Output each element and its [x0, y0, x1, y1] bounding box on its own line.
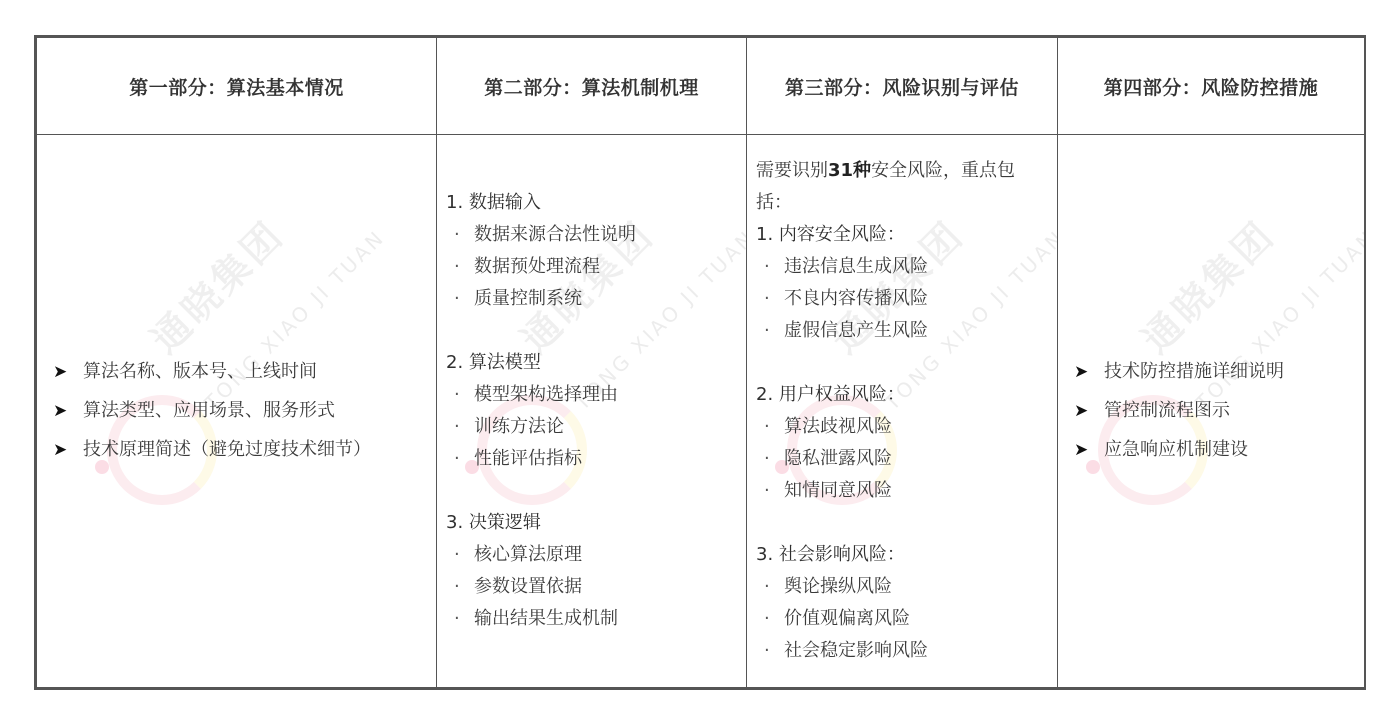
list-item: ·不良内容传播风险 [756, 283, 1057, 315]
risk-sections: 需要识别31种安全风险，重点包括： 1. 内容安全风险： ·违法信息生成风险 ·… [747, 155, 1057, 667]
dot-bullet-icon: · [454, 411, 474, 443]
header-part-4: 第四部分：风险防控措施 [1058, 38, 1365, 135]
list-item: ·核心算法原理 [446, 539, 746, 571]
dot-bullet-icon: · [764, 571, 784, 603]
section-title-algorithm-model: 2. 算法模型 [446, 347, 746, 379]
header-part-1: 第一部分：算法基本情况 [37, 38, 437, 135]
section-title-user-rights-risk: 2. 用户权益风险： [756, 379, 1057, 411]
dot-bullet-icon: · [764, 283, 784, 315]
cell-basic-info: 通晓集团 TONG XIAO JI TUAN ➤ 算法名称、版本号、上线时间 ➤… [37, 135, 437, 688]
list-item: ·模型架构选择理由 [446, 379, 746, 411]
list-item: ·算法歧视风险 [756, 411, 1057, 443]
list-item: ·输出结果生成机制 [446, 603, 746, 635]
content-row: 通晓集团 TONG XIAO JI TUAN ➤ 算法名称、版本号、上线时间 ➤… [37, 135, 1365, 688]
document-table-container: 第一部分：算法基本情况 第二部分：算法机制机理 第三部分：风险识别与评估 第四部… [34, 35, 1366, 690]
list-item: ➤ 管控制流程图示 [1074, 392, 1364, 431]
list-item: ·隐私泄露风险 [756, 443, 1057, 475]
arrow-bullet-icon: ➤ [1074, 434, 1104, 466]
list-item-text: 技术原理简述（避免过度技术细节） [83, 434, 371, 466]
dot-bullet-icon: · [454, 443, 474, 475]
list-item: ·违法信息生成风险 [756, 251, 1057, 283]
list-item-text: 技术防控措施详细说明 [1104, 356, 1284, 388]
list-item-text: 应急响应机制建设 [1104, 434, 1248, 466]
dot-bullet-icon: · [454, 219, 474, 251]
cell-risk-control: 通晓集团 TONG XIAO JI TUAN ➤ 技术防控措施详细说明 ➤ 管控… [1058, 135, 1365, 688]
basic-info-list: ➤ 算法名称、版本号、上线时间 ➤ 算法类型、应用场景、服务形式 ➤ 技术原理简… [37, 353, 436, 470]
dot-bullet-icon: · [764, 411, 784, 443]
algorithm-filing-table: 第一部分：算法基本情况 第二部分：算法机制机理 第三部分：风险识别与评估 第四部… [36, 37, 1365, 688]
dot-bullet-icon: · [764, 443, 784, 475]
dot-bullet-icon: · [454, 379, 474, 411]
arrow-bullet-icon: ➤ [53, 434, 83, 466]
watermark-text: 通晓集团 [147, 216, 288, 357]
list-item: ·质量控制系统 [446, 283, 746, 315]
section-title-decision-logic: 3. 决策逻辑 [446, 507, 746, 539]
arrow-bullet-icon: ➤ [1074, 395, 1104, 427]
mechanism-sections: 1. 数据输入 ·数据来源合法性说明 ·数据预处理流程 ·质量控制系统 2. 算… [437, 187, 746, 635]
cell-mechanism: 通晓集团 TONG XIAO JI TUAN 1. 数据输入 ·数据来源合法性说… [437, 135, 747, 688]
dot-bullet-icon: · [764, 603, 784, 635]
list-item-text: 算法名称、版本号、上线时间 [83, 356, 317, 388]
dot-bullet-icon: · [454, 283, 474, 315]
list-item: ·数据来源合法性说明 [446, 219, 746, 251]
list-item: ➤ 算法名称、版本号、上线时间 [53, 353, 436, 392]
list-item: ➤ 技术防控措施详细说明 [1074, 353, 1364, 392]
risk-intro-text: 需要识别31种安全风险，重点包括： [756, 155, 1057, 219]
list-item: ·训练方法论 [446, 411, 746, 443]
list-item: ·参数设置依据 [446, 571, 746, 603]
section-title-content-risk: 1. 内容安全风险： [756, 219, 1057, 251]
section-title-social-impact-risk: 3. 社会影响风险： [756, 539, 1057, 571]
arrow-bullet-icon: ➤ [1074, 356, 1104, 388]
list-item: ·社会稳定影响风险 [756, 635, 1057, 667]
watermark-text: 通晓集团 [1138, 216, 1279, 357]
dot-bullet-icon: · [764, 315, 784, 347]
list-item-text: 管控制流程图示 [1104, 395, 1230, 427]
dot-bullet-icon: · [764, 635, 784, 667]
list-item: ➤ 应急响应机制建设 [1074, 431, 1364, 470]
list-item: ·数据预处理流程 [446, 251, 746, 283]
header-part-2: 第二部分：算法机制机理 [437, 38, 747, 135]
arrow-bullet-icon: ➤ [53, 356, 83, 388]
header-part-3: 第三部分：风险识别与评估 [747, 38, 1058, 135]
risk-control-list: ➤ 技术防控措施详细说明 ➤ 管控制流程图示 ➤ 应急响应机制建设 [1058, 353, 1364, 470]
dot-bullet-icon: · [764, 475, 784, 507]
list-item: ·知情同意风险 [756, 475, 1057, 507]
list-item: ·价值观偏离风险 [756, 603, 1057, 635]
dot-bullet-icon: · [454, 539, 474, 571]
dot-bullet-icon: · [454, 251, 474, 283]
dot-bullet-icon: · [454, 571, 474, 603]
section-title-data-input: 1. 数据输入 [446, 187, 746, 219]
dot-bullet-icon: · [454, 603, 474, 635]
risk-count: 31种 [828, 160, 871, 181]
list-item: ·性能评估指标 [446, 443, 746, 475]
list-item: ·虚假信息产生风险 [756, 315, 1057, 347]
list-item: ➤ 算法类型、应用场景、服务形式 [53, 392, 436, 431]
dot-bullet-icon: · [764, 251, 784, 283]
list-item: ·舆论操纵风险 [756, 571, 1057, 603]
cell-risk-assessment: 通晓集团 TONG XIAO JI TUAN 需要识别31种安全风险，重点包括：… [747, 135, 1058, 688]
header-row: 第一部分：算法基本情况 第二部分：算法机制机理 第三部分：风险识别与评估 第四部… [37, 38, 1365, 135]
arrow-bullet-icon: ➤ [53, 395, 83, 427]
list-item-text: 算法类型、应用场景、服务形式 [83, 395, 335, 427]
list-item: ➤ 技术原理简述（避免过度技术细节） [53, 431, 436, 470]
